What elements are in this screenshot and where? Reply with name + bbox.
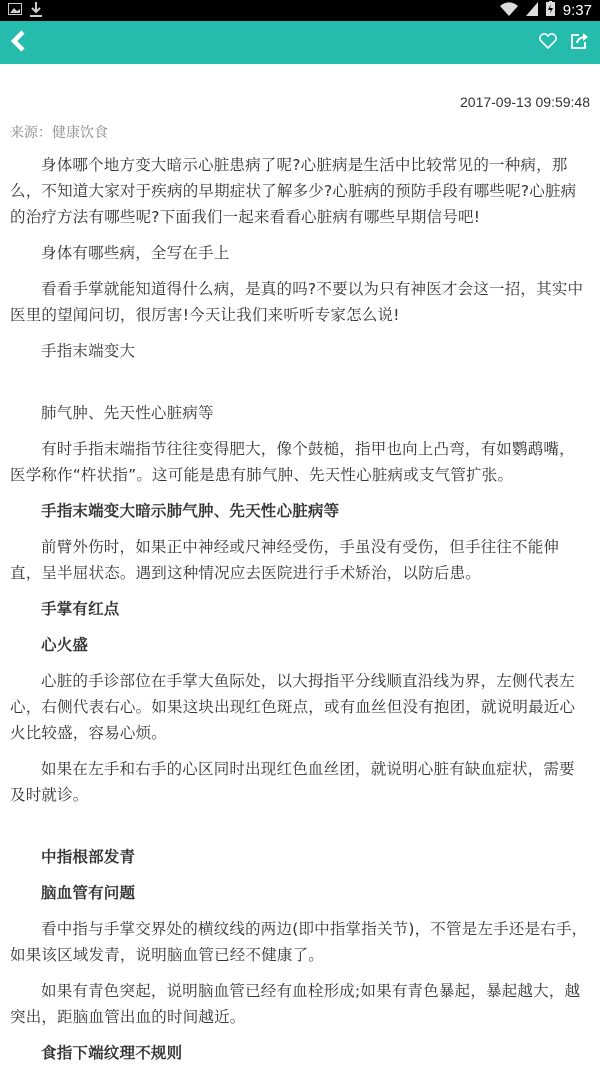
signal-icon [526, 2, 538, 20]
paragraph: 如果有青色突起，说明脑血管已经有血栓形成;如果有青色暴起，暴起越大，越突出，距脑… [10, 978, 590, 1030]
back-button[interactable] [10, 30, 26, 56]
heart-icon [538, 35, 558, 54]
chevron-left-icon [10, 37, 26, 56]
paragraph: 手指末端变大 [10, 338, 590, 364]
image-notification-icon [8, 2, 22, 19]
paragraph: 看中指与手掌交界处的横纹线的两边(即中指掌指关节)，不管是左手还是右手，如果该区… [10, 916, 590, 968]
paragraph: 心脏的手诊部位在手掌大鱼际处，以大拇指平分线顺直沿线为界，左侧代表左心，右侧代表… [10, 668, 590, 746]
battery-icon [546, 1, 555, 20]
paragraph: 前臂外伤时，如果正中神经或尺神经受伤，手虽没有受伤，但手往往不能伸直，呈半屈状态… [10, 534, 590, 586]
subheading: 脑血管有问题 [10, 880, 590, 906]
article-content: 2017-09-13 09:59:48 来源：健康饮食 身体哪个地方变大暗示心脏… [0, 94, 600, 1066]
paragraph: 如果在左手和右手的心区同时出现红色血丝团，就说明心脏有缺血症状，需要及时就诊。 [10, 756, 590, 808]
app-bar [0, 21, 600, 64]
spacer [10, 808, 590, 834]
spacer [10, 364, 590, 390]
paragraph: 有时手指末端指节往往变得肥大，像个鼓槌，指甲也向上凸弯，有如鹦鹉嘴，医学称作“杵… [10, 436, 590, 488]
publish-date: 2017-09-13 09:59:48 [10, 94, 590, 110]
share-button[interactable] [570, 32, 590, 54]
subheading: 食指下端纹理不规则 [10, 1040, 590, 1066]
article-source: 来源：健康饮食 [10, 122, 590, 142]
status-bar: 9:37 [0, 0, 600, 21]
paragraph: 身体哪个地方变大暗示心脏患病了呢?心脏病是生活中比较常见的一种病，那么，不知道大… [10, 152, 590, 230]
subheading: 中指根部发青 [10, 844, 590, 870]
subheading: 手掌有红点 [10, 596, 590, 622]
clock: 9:37 [563, 2, 592, 19]
subheading: 手指末端变大暗示肺气肿、先天性心脏病等 [10, 498, 590, 524]
paragraph: 肺气肿、先天性心脏病等 [10, 400, 590, 426]
share-icon [570, 35, 590, 54]
wifi-icon [500, 2, 518, 20]
paragraph: 看看手掌就能知道得什么病，是真的吗?不要以为只有神医才会这一招，其实中医里的望闻… [10, 276, 590, 328]
paragraph: 身体有哪些病，全写在手上 [10, 240, 590, 266]
favorite-button[interactable] [538, 32, 558, 54]
subheading: 心火盛 [10, 632, 590, 658]
download-icon [30, 1, 42, 21]
